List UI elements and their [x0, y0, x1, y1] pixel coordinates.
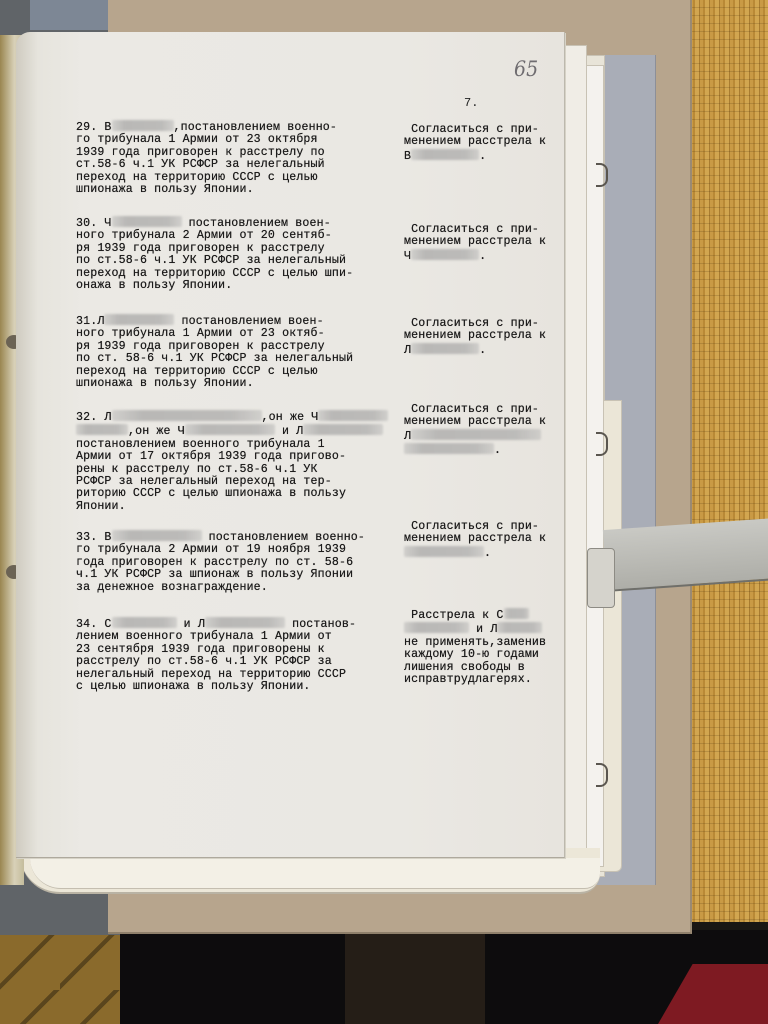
- text-span: .: [479, 344, 486, 357]
- text-span: постановлением военного трибунала 1: [76, 438, 325, 451]
- text-span: Согласиться с при-: [404, 317, 539, 330]
- text-span: .: [484, 547, 491, 560]
- redacted-name: [112, 216, 182, 227]
- entry-34-decision: Расстрела к С и Лне применять,заменивкаж…: [404, 608, 546, 686]
- text-span: с целью шпионажа в пользу Японии.: [76, 680, 311, 693]
- text-line: Л: [404, 429, 546, 443]
- text-line: менением расстрела к: [404, 136, 546, 148]
- redacted-name: [404, 622, 469, 633]
- text-span: шпионажа в пользу Японии.: [76, 183, 254, 196]
- text-line: менением расстрела к: [404, 236, 546, 248]
- text-span: ря 1939 года приговорен к расстрелу: [76, 340, 325, 353]
- redacted-name: [404, 443, 494, 454]
- text-span: менением расстрела к: [404, 135, 546, 148]
- entry-29-sentence: 29. В,постановлением военно-го трибунала…: [76, 120, 337, 196]
- floor-patch: [345, 930, 485, 1024]
- text-line: онажа в пользу Японии.: [76, 280, 353, 292]
- text-span: ря 1939 года приговорен к расстрелу: [76, 242, 325, 255]
- text-span: менением расстрела к: [404, 532, 546, 545]
- metal-clamp-hinge[interactable]: [587, 548, 615, 608]
- text-span: и Л: [275, 425, 303, 438]
- redacted-name: [112, 617, 177, 628]
- text-line: В.: [404, 149, 546, 163]
- text-line: шпионажа в пользу Японии.: [76, 378, 353, 390]
- text-span: за денежное вознаграждение.: [76, 581, 268, 594]
- text-span: исправтрудлагерях.: [404, 673, 532, 686]
- text-line: 32. Л,он же Ч: [76, 410, 388, 424]
- redacted-name: [404, 546, 484, 557]
- redacted-name: [112, 120, 174, 131]
- text-span: 23 сентября 1939 года приговорены к: [76, 643, 325, 656]
- page-stack-edge: [30, 858, 600, 889]
- text-span: переход на территорию СССР с целью: [76, 365, 318, 378]
- text-line: и Л: [404, 622, 546, 636]
- staple-wire-icon: [596, 432, 608, 456]
- text-span: нелегальный переход на территорию СССР: [76, 668, 346, 681]
- text-span: рены к расстрелу по ст.58-6 ч.1 УК: [76, 463, 318, 476]
- text-line: шпионажа в пользу Японии.: [76, 184, 337, 196]
- metal-clamp-bar[interactable]: [603, 518, 768, 592]
- entry-30-sentence: 30. Ч постановлением воен-ного трибунала…: [76, 216, 353, 292]
- text-span: го трибунала 2 Армии от 19 ноября 1939: [76, 543, 346, 556]
- text-span: Согласиться с при-: [404, 223, 539, 236]
- text-line: Ч.: [404, 249, 546, 263]
- entry-32-decision: Согласиться с при-менением расстрела кЛ.: [404, 404, 546, 458]
- text-span: года приговорен к расстрелу по ст. 58-6: [76, 556, 353, 569]
- binder-spine-label: [30, 0, 110, 30]
- text-span: лением военного трибунала 1 Армии от: [76, 630, 332, 643]
- text-line: менением расстрела к: [404, 330, 546, 342]
- text-span: Л: [404, 344, 411, 357]
- text-line: за денежное вознаграждение.: [76, 582, 365, 594]
- redacted-name: [104, 314, 174, 325]
- text-span: .: [479, 150, 486, 163]
- text-span: В: [404, 150, 411, 163]
- text-span: менением расстрела к: [404, 235, 546, 248]
- text-span: го трибунала 1 Армии от 23 октября: [76, 133, 318, 146]
- staple-wire-icon: [596, 763, 608, 787]
- text-span: Расстрела к С: [404, 609, 504, 622]
- page-number: 7.: [464, 96, 478, 110]
- text-span: .: [479, 250, 486, 263]
- text-line: Расстрела к С: [404, 608, 546, 622]
- folio-number: 65: [514, 56, 538, 81]
- text-line: Л.: [404, 343, 546, 357]
- text-span: онажа в пользу Японии.: [76, 279, 232, 292]
- text-line: .: [404, 443, 546, 457]
- text-line: менением расстрела к: [404, 416, 546, 428]
- text-span: Согласиться с при-: [404, 123, 539, 136]
- redacted-name: [504, 608, 529, 619]
- redacted-name: [303, 424, 383, 435]
- text-span: ного трибунала 1 Армии от 23 октяб-: [76, 327, 325, 340]
- redacted-name: [112, 410, 262, 421]
- text-span: Японии.: [76, 500, 126, 513]
- entry-34-sentence: 34. С и Л постанов-лением военного трибу…: [76, 617, 356, 693]
- redacted-name: [411, 149, 479, 160]
- text-line: с целью шпионажа в пользу Японии.: [76, 681, 356, 693]
- text-span: по ст.58-6 ч.1 УК РСФСР за нелегальный: [76, 254, 346, 267]
- text-span: лишения свободы в: [404, 661, 525, 674]
- entry-31-sentence: 31.Л постановлением воен-ного трибунала …: [76, 314, 353, 390]
- text-span: Ч: [404, 250, 411, 263]
- text-span: переход на территорию СССР с целью: [76, 171, 318, 184]
- entry-30-decision: Согласиться с при-менением расстрела кЧ.: [404, 224, 546, 263]
- text-line: Японии.: [76, 501, 388, 513]
- text-span: каждому 10-ю годами: [404, 648, 539, 661]
- redacted-name: [318, 410, 388, 421]
- text-line: менением расстрела к: [404, 533, 546, 545]
- text-span: ного трибунала 2 Армии от 20 сентяб-: [76, 229, 332, 242]
- text-span: расстрелу по ст.58-6 ч.1 УК РСФСР за: [76, 655, 332, 668]
- entry-29-decision: Согласиться с при-менением расстрела кВ.: [404, 124, 546, 163]
- entry-32-sentence: 32. Л,он же Ч,он же Ч и Лпостановлением …: [76, 410, 388, 513]
- text-span: Согласиться с при-: [404, 520, 539, 533]
- wooden-desk: [680, 0, 768, 922]
- redacted-name: [185, 424, 275, 435]
- entry-33-decision: Согласиться с при-менением расстрела к.: [404, 521, 546, 560]
- text-span: менением расстрела к: [404, 415, 546, 428]
- text-span: РСФСР за нелегальный переход на тер-: [76, 475, 332, 488]
- redacted-name: [76, 424, 128, 435]
- redacted-name: [497, 622, 542, 633]
- text-span: ч.1 УК РСФСР за шпионаж в пользу Японии: [76, 568, 353, 581]
- text-span: ст.58-6 ч.1 УК РСФСР за нелегальный: [76, 158, 325, 171]
- text-span: ,он же Ч: [128, 425, 185, 438]
- redacted-name: [411, 249, 479, 260]
- text-span: не применять,заменив: [404, 636, 546, 649]
- staple-wire-icon: [596, 163, 608, 187]
- entry-31-decision: Согласиться с при-менением расстрела кЛ.: [404, 318, 546, 357]
- text-span: менением расстрела к: [404, 329, 546, 342]
- text-span: 1939 года приговорен к расстрелу по: [76, 146, 325, 159]
- redacted-name: [411, 429, 541, 440]
- redacted-name: [205, 617, 285, 628]
- redacted-name: [112, 530, 202, 541]
- text-span: переход на территорию СССР с целью шпи-: [76, 267, 353, 280]
- text-span: .: [494, 444, 501, 457]
- text-span: Армии от 17 октября 1939 года пригово-: [76, 450, 346, 463]
- text-span: и Л: [469, 623, 497, 636]
- text-span: Согласиться с при-: [404, 403, 539, 416]
- redacted-name: [411, 343, 479, 354]
- text-span: риторию СССР с целью шпионажа в пользу: [76, 487, 346, 500]
- entry-33-sentence: 33. В постановлением военно-го трибунала…: [76, 530, 365, 594]
- text-span: Л: [404, 430, 411, 443]
- text-span: 32. Л: [76, 411, 112, 424]
- text-span: ,он же Ч: [262, 411, 319, 424]
- text-line: исправтрудлагерях.: [404, 674, 546, 686]
- text-line: .: [404, 546, 546, 560]
- text-span: по ст. 58-6 ч.1 УК РСФСР за нелегальный: [76, 352, 353, 365]
- text-span: шпионажа в пользу Японии.: [76, 377, 254, 390]
- text-line: ,он же Ч и Л: [76, 424, 388, 438]
